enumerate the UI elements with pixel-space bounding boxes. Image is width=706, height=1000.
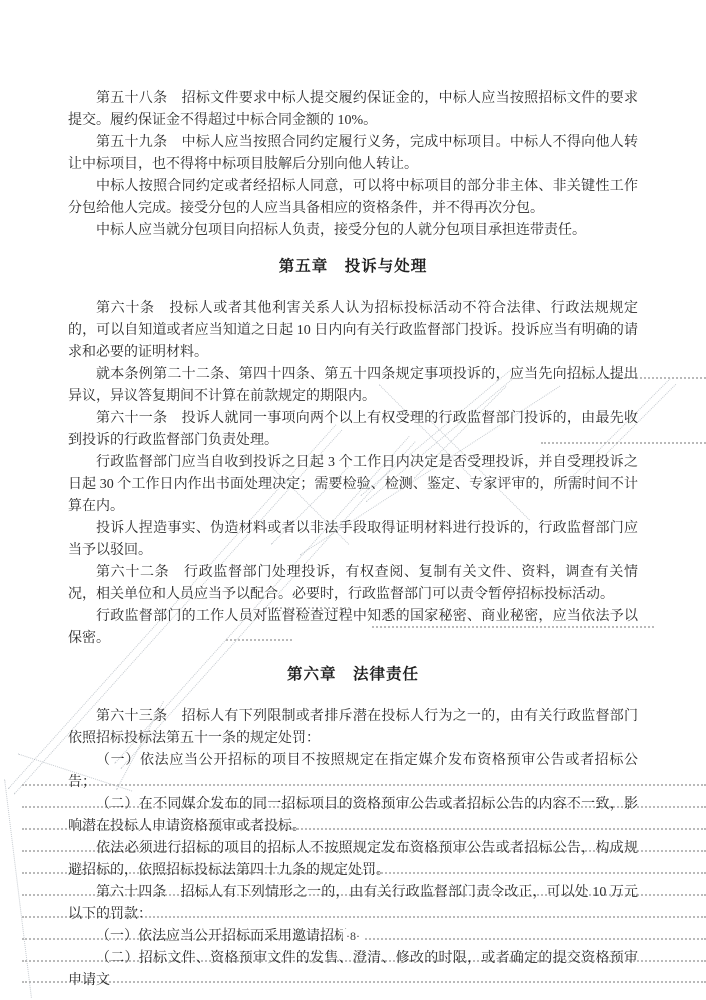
paragraph-article-61: 第六十一条 投诉人就同一事项向两个以上有权受理的行政监督部门投诉的，由最先收到投… xyxy=(68,408,638,452)
paragraph-article-60: 第六十条 投标人或者其他利害关系人认为招标投标活动不符合法律、行政法规规定的，可… xyxy=(68,298,638,364)
list-item-2: （二）招标文件、资格预审文件的发售、澄清、修改的时限，或者确定的提交资格预审申请… xyxy=(68,948,638,992)
list-item-1: （一）依法应当公开招标的项目不按照规定在指定媒介发布资格预审公告或者招标公告； xyxy=(68,750,638,794)
paragraph: 中标人按照合同约定或者经招标人同意，可以将中标项目的部分非主体、非关键性工作分包… xyxy=(68,176,638,220)
paragraph: 中标人应当就分包项目向招标人负责，接受分包的人就分包项目承担连带责任。 xyxy=(68,220,638,242)
paragraph: 就本条例第二十二条、第四十四条、第五十四条规定事项投诉的，应当先向招标人提出异议… xyxy=(68,364,638,408)
paragraph-article-64: 第六十四条 招标人有下列情形之一的，由有关行政监督部门责令改正，可以处 10 万… xyxy=(68,882,638,926)
list-item-2: （二）在不同媒介发布的同一招标项目的资格预审公告或者招标公告的内容不一致，影响潜… xyxy=(68,794,638,838)
paragraph-article-58: 第五十八条 招标文件要求中标人提交履约保证金的，中标人应当按照招标文件的要求提交… xyxy=(68,88,638,132)
document-page: 第五十八条 招标文件要求中标人提交履约保证金的，中标人应当按照招标文件的要求提交… xyxy=(0,0,706,1000)
paragraph-article-59: 第五十九条 中标人应当按照合同约定履行义务，完成中标项目。中标人不得向他人转让中… xyxy=(68,132,638,176)
page-number: ·8· xyxy=(0,929,706,944)
chapter-heading-6: 第六章 法律责任 xyxy=(68,664,638,686)
paragraph: 行政监督部门应当自收到投诉之日起 3 个工作日内决定是否受理投诉，并自受理投诉之… xyxy=(68,452,638,518)
paragraph: 行政监督部门的工作人员对监督检查过程中知悉的国家秘密、商业秘密，应当依法予以保密… xyxy=(68,606,638,650)
page-number-text: ·8· xyxy=(343,929,363,943)
document-body: 第五十八条 招标文件要求中标人提交履约保证金的，中标人应当按照招标文件的要求提交… xyxy=(68,88,638,992)
paragraph: 依法必须进行招标的项目的招标人不按照规定发布资格预审公告或者招标公告，构成规避招… xyxy=(68,838,638,882)
paragraph-article-62: 第六十二条 行政监督部门处理投诉，有权查阅、复制有关文件、资料，调查有关情况，相… xyxy=(68,562,638,606)
paragraph: 投诉人捏造事实、伪造材料或者以非法手段取得证明材料进行投诉的，行政监督部门应当予… xyxy=(68,518,638,562)
paragraph-article-63: 第六十三条 招标人有下列限制或者排斥潜在投标人行为之一的，由有关行政监督部门依照… xyxy=(68,706,638,750)
chapter-heading-5: 第五章 投诉与处理 xyxy=(68,256,638,278)
